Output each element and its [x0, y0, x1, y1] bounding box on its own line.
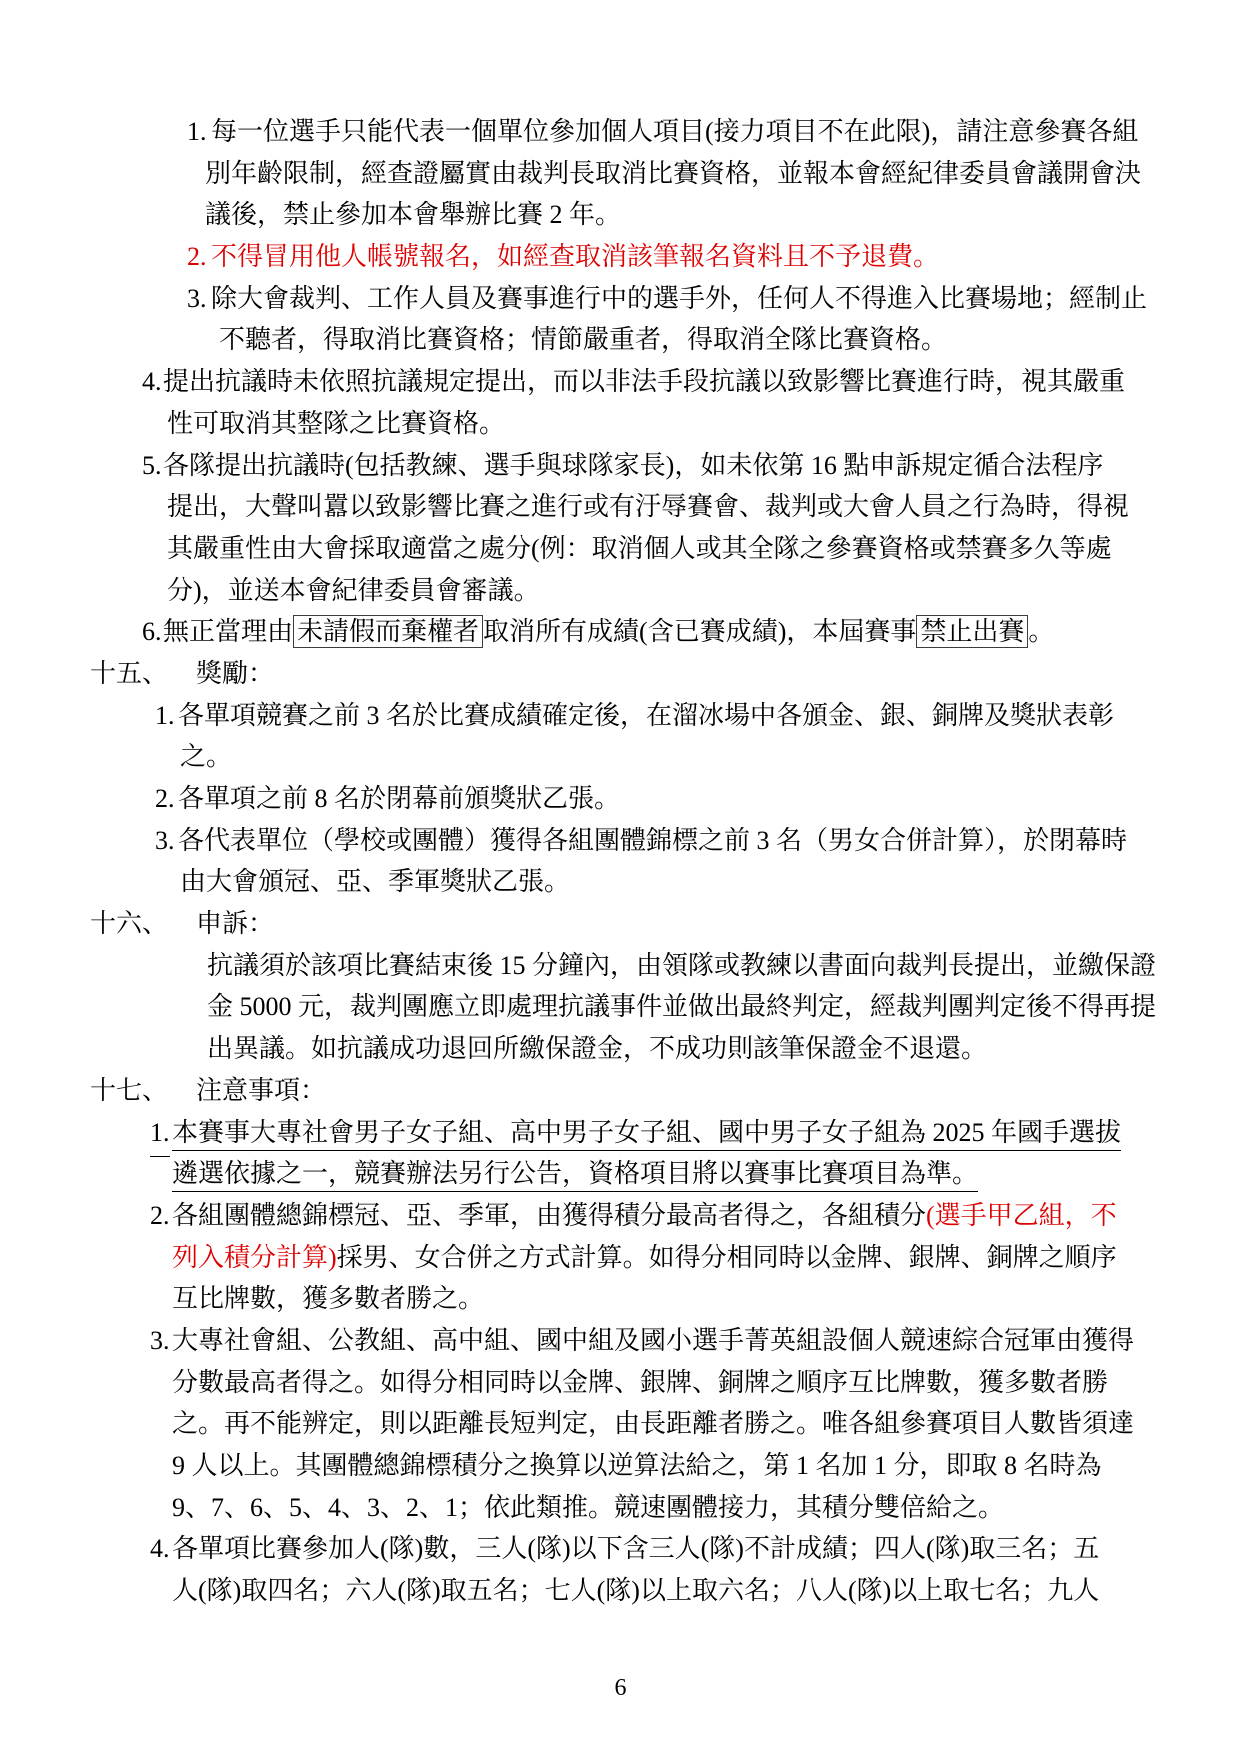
- doc-line: 其嚴重性由大會採取適當之處分(例：取消個人或其全隊之參賽資格或禁賽多久等處: [0, 528, 1241, 570]
- section-title: 申訴：: [196, 903, 274, 945]
- text-segment: 大專社會組、公教組、高中組、國中組及國小選手菁英組設個人競速綜合冠軍由獲得: [172, 1326, 1134, 1355]
- paragraph-text: 金 5000 元，裁判團應立即處理抗議事件並做出最終判定，經裁判團判定後不得再提: [207, 986, 1156, 1028]
- text-segment: 議後，禁止參加本會舉辦比賽 2 年。: [205, 200, 621, 229]
- text-segment: 除大會裁判、工作人員及賽事進行中的選手外，任何人不得進入比賽場地；經制止: [211, 284, 1147, 313]
- doc-line: 3.大專社會組、公教組、高中組、國中組及國小選手菁英組設個人競速綜合冠軍由獲得: [0, 1320, 1241, 1362]
- doc-line: 6.無正當理由未請假而棄權者取消所有成績(含已賽成績)，本屆賽事禁止出賽。: [0, 611, 1241, 653]
- item-text: 其嚴重性由大會採取適當之處分(例：取消個人或其全隊之參賽資格或禁賽多久等處: [167, 528, 1112, 570]
- item-text: 各單項之前 8 名於閉幕前頒獎狀乙張。: [178, 778, 620, 820]
- text-segment-red: 不得冒用他人帳號報名，如經查取消該筆報名資料且不予退費。: [211, 242, 939, 271]
- item-number: 1.: [187, 111, 207, 153]
- doc-line: 1.各單項競賽之前 3 名於比賽成績確定後，在溜冰場中各頒金、銀、銅牌及獎狀表彰: [0, 695, 1241, 737]
- doc-line: 2.各組團體總錦標冠、亞、季軍，由獲得積分最高者得之，各組積分(選手甲乙組，不: [0, 1195, 1241, 1237]
- doc-line: 出異議。如抗議成功退回所繳保證金，不成功則該筆保證金不退還。: [0, 1028, 1241, 1070]
- doc-line: 人(隊)取四名；六人(隊)取五名；七人(隊)以上取六名；八人(隊)以上取七名；九…: [0, 1570, 1241, 1612]
- doc-line: 2.不得冒用他人帳號報名，如經查取消該筆報名資料且不予退費。: [0, 236, 1241, 278]
- item-text: 各單項比賽參加人(隊)數，三人(隊)以下含三人(隊)不計成績；四人(隊)取三名；…: [172, 1528, 1099, 1570]
- text-segment: 之。再不能辨定，則以距離長短判定，由長距離者勝之。唯各組參賽項目人數皆須達: [172, 1409, 1134, 1438]
- item-text: 分數最高者得之。如得分相同時以金牌、銀牌、銅牌之順序互比牌數，獲多數者勝: [172, 1362, 1108, 1404]
- item-text: 本賽事大專社會男子女子組、高中男子女子組、國中男子女子組為 2025 年國手選拔: [172, 1112, 1121, 1154]
- underlined-text: 本賽事大專社會男子女子組、高中男子女子組、國中男子女子組為 2025 年國手選拔: [172, 1118, 1121, 1151]
- doc-line: 4.提出抗議時未依照抗議規定提出，而以非法手段抗議以致影響比賽進行時，視其嚴重: [0, 361, 1241, 403]
- text-segment-red: 列入積分計算): [172, 1243, 337, 1272]
- item-number: 1.: [150, 1112, 170, 1158]
- doc-line: 由大會頒冠、亞、季軍獎狀乙張。: [0, 861, 1241, 903]
- item-text: 9、7、6、5、4、3、2、1；依此類推。競速團體接力，其積分雙倍給之。: [172, 1487, 1004, 1529]
- section-number: 十六、: [90, 903, 168, 945]
- text-segment: 由大會頒冠、亞、季軍獎狀乙張。: [180, 867, 570, 896]
- paragraph-text: 抗議須於該項比賽結束後 15 分鐘內，由領隊或教練以書面向裁判長提出，並繳保證: [207, 945, 1156, 987]
- doc-line: 十七、注意事項：: [0, 1070, 1241, 1112]
- text-segment: 出異議。如抗議成功退回所繳保證金，不成功則該筆保證金不退還。: [207, 1034, 987, 1063]
- item-number: 3.: [150, 1320, 170, 1362]
- doc-line: 遴選依據之一，競賽辦法另行公告，資格項目將以賽事比賽項目為準。: [0, 1153, 1241, 1195]
- doc-line: 1.本賽事大專社會男子女子組、高中男子女子組、國中男子女子組為 2025 年國手…: [0, 1112, 1241, 1154]
- item-text: 不得冒用他人帳號報名，如經查取消該筆報名資料且不予退費。: [211, 236, 939, 278]
- section-number: 十五、: [90, 653, 168, 695]
- text-segment: 提出，大聲叫囂以致影響比賽之進行或有汙辱賽會、裁判或大會人員之行為時，得視: [167, 492, 1129, 521]
- doc-line: 性可取消其整隊之比賽資格。: [0, 403, 1241, 445]
- item-number: 3.: [155, 820, 175, 862]
- text-segment: 各代表單位（學校或團體）獲得各組團體錦標之前 3 名（男女合併計算），於閉幕時: [178, 826, 1127, 855]
- text-segment: 其嚴重性由大會採取適當之處分(例：取消個人或其全隊之參賽資格或禁賽多久等處: [167, 534, 1112, 563]
- doc-line: 之。再不能辨定，則以距離長短判定，由長距離者勝之。唯各組參賽項目人數皆須達: [0, 1403, 1241, 1445]
- text-segment: 提出抗議時未依照抗議規定提出，而以非法手段抗議以致影響比賽進行時，視其嚴重: [163, 367, 1125, 396]
- doc-line: 5.各隊提出抗議時(包括教練、選手與球隊家長)，如未依第 16 點申訴規定循合法…: [0, 445, 1241, 487]
- item-text: 提出抗議時未依照抗議規定提出，而以非法手段抗議以致影響比賽進行時，視其嚴重: [163, 361, 1125, 403]
- text-segment: 不聽者，得取消比賽資格；情節嚴重者，得取消全隊比賽資格。: [219, 325, 947, 354]
- boxed-text: 未請假而棄權者: [293, 615, 483, 648]
- item-number: 3.: [187, 278, 207, 320]
- item-text: 之。: [180, 736, 232, 778]
- item-number: 4.: [142, 361, 162, 403]
- doc-line: 金 5000 元，裁判團應立即處理抗議事件並做出最終判定，經裁判團判定後不得再提: [0, 986, 1241, 1028]
- text-segment: 互比牌數，獲多數者勝之。: [172, 1284, 484, 1313]
- doc-line: 2.各單項之前 8 名於閉幕前頒獎狀乙張。: [0, 778, 1241, 820]
- text-segment: 每一位選手只能代表一個單位參加個人項目(接力項目不在此限)，請注意參賽各組: [211, 117, 1138, 146]
- text-segment: 別年齡限制，經查證屬實由裁判長取消比賽資格，並報本會經紀律委員會議開會決: [205, 159, 1141, 188]
- item-number: 4.: [150, 1528, 170, 1570]
- doc-line: 十六、申訴：: [0, 903, 1241, 945]
- section-title: 獎勵：: [196, 653, 274, 695]
- text-segment: 取消所有成績(含已賽成績)，本屆賽事: [483, 617, 916, 646]
- text-segment: 9、7、6、5、4、3、2、1；依此類推。競速團體接力，其積分雙倍給之。: [172, 1493, 1004, 1522]
- doc-line: 3.除大會裁判、工作人員及賽事進行中的選手外，任何人不得進入比賽場地；經制止: [0, 278, 1241, 320]
- item-text: 人(隊)取四名；六人(隊)取五名；七人(隊)以上取六名；八人(隊)以上取七名；九…: [172, 1570, 1099, 1612]
- item-text: 性可取消其整隊之比賽資格。: [167, 403, 505, 445]
- item-text: 各代表單位（學校或團體）獲得各組團體錦標之前 3 名（男女合併計算），於閉幕時: [178, 820, 1127, 862]
- item-text: 各隊提出抗議時(包括教練、選手與球隊家長)，如未依第 16 點申訴規定循合法程序: [163, 445, 1103, 487]
- item-text: 各組團體總錦標冠、亞、季軍，由獲得積分最高者得之，各組積分(選手甲乙組，不: [172, 1195, 1117, 1237]
- doc-line: 列入積分計算)採男、女合併之方式計算。如得分相同時以金牌、銀牌、銅牌之順序: [0, 1237, 1241, 1279]
- item-text: 除大會裁判、工作人員及賽事進行中的選手外，任何人不得進入比賽場地；經制止: [211, 278, 1147, 320]
- boxed-text: 禁止出賽: [916, 615, 1028, 648]
- text-segment: 性可取消其整隊之比賽資格。: [167, 409, 505, 438]
- item-text: 大專社會組、公教組、高中組、國中組及國小選手菁英組設個人競速綜合冠軍由獲得: [172, 1320, 1134, 1362]
- item-number: 2.: [155, 778, 175, 820]
- item-number: 2.: [187, 236, 207, 278]
- item-text: 無正當理由未請假而棄權者取消所有成績(含已賽成績)，本屆賽事禁止出賽。: [163, 611, 1054, 653]
- document-page: 1.每一位選手只能代表一個單位參加個人項目(接力項目不在此限)，請注意參賽各組別…: [0, 0, 1241, 1755]
- text-segment: 各單項比賽參加人(隊)數，三人(隊)以下含三人(隊)不計成績；四人(隊)取三名；…: [172, 1534, 1099, 1563]
- doc-line: 互比牌數，獲多數者勝之。: [0, 1278, 1241, 1320]
- doc-line: 抗議須於該項比賽結束後 15 分鐘內，由領隊或教練以書面向裁判長提出，並繳保證: [0, 945, 1241, 987]
- item-number: 5.: [142, 445, 162, 487]
- item-text: 議後，禁止參加本會舉辦比賽 2 年。: [205, 194, 621, 236]
- doc-line: 3.各代表單位（學校或團體）獲得各組團體錦標之前 3 名（男女合併計算），於閉幕…: [0, 820, 1241, 862]
- section-title: 注意事項：: [196, 1070, 326, 1112]
- text-segment: 各隊提出抗議時(包括教練、選手與球隊家長)，如未依第 16 點申訴規定循合法程序: [163, 451, 1103, 480]
- text-segment-red: (選手甲乙組，不: [926, 1201, 1117, 1230]
- item-text: 9 人以上。其團體總錦標積分之換算以逆算法給之，第 1 名加 1 分，即取 8 …: [172, 1445, 1102, 1487]
- doc-line: 提出，大聲叫囂以致影響比賽之進行或有汙辱賽會、裁判或大會人員之行為時，得視: [0, 486, 1241, 528]
- text-segment: 採男、女合併之方式計算。如得分相同時以金牌、銀牌、銅牌之順序: [337, 1243, 1117, 1272]
- item-text: 列入積分計算)採男、女合併之方式計算。如得分相同時以金牌、銀牌、銅牌之順序: [172, 1237, 1117, 1279]
- item-text: 遴選依據之一，競賽辦法另行公告，資格項目將以賽事比賽項目為準。: [172, 1153, 978, 1195]
- doc-line: 9 人以上。其團體總錦標積分之換算以逆算法給之，第 1 名加 1 分，即取 8 …: [0, 1445, 1241, 1487]
- page-number: 6: [0, 1673, 1241, 1703]
- paragraph-text: 出異議。如抗議成功退回所繳保證金，不成功則該筆保證金不退還。: [207, 1028, 987, 1070]
- text-segment: 。: [1028, 617, 1054, 646]
- doc-line: 分)，並送本會紀律委員會審議。: [0, 570, 1241, 612]
- item-text: 由大會頒冠、亞、季軍獎狀乙張。: [180, 861, 570, 903]
- text-segment: 各單項之前 8 名於閉幕前頒獎狀乙張。: [178, 784, 620, 813]
- text-segment: 抗議須於該項比賽結束後 15 分鐘內，由領隊或教練以書面向裁判長提出，並繳保證: [207, 951, 1156, 980]
- text-segment: 金 5000 元，裁判團應立即處理抗議事件並做出最終判定，經裁判團判定後不得再提: [207, 992, 1156, 1021]
- doc-line: 十五、獎勵：: [0, 653, 1241, 695]
- text-segment: 各單項競賽之前 3 名於比賽成績確定後，在溜冰場中各頒金、銀、銅牌及獎狀表彰: [178, 701, 1114, 730]
- text-segment: 無正當理由: [163, 617, 293, 646]
- doc-line: 分數最高者得之。如得分相同時以金牌、銀牌、銅牌之順序互比牌數，獲多數者勝: [0, 1362, 1241, 1404]
- doc-line: 1.每一位選手只能代表一個單位參加個人項目(接力項目不在此限)，請注意參賽各組: [0, 111, 1241, 153]
- item-text: 每一位選手只能代表一個單位參加個人項目(接力項目不在此限)，請注意參賽各組: [211, 111, 1138, 153]
- doc-line: 4.各單項比賽參加人(隊)數，三人(隊)以下含三人(隊)不計成績；四人(隊)取三…: [0, 1528, 1241, 1570]
- text-segment: 分數最高者得之。如得分相同時以金牌、銀牌、銅牌之順序互比牌數，獲多數者勝: [172, 1368, 1108, 1397]
- text-segment: 之。: [180, 742, 232, 771]
- item-text: 提出，大聲叫囂以致影響比賽之進行或有汙辱賽會、裁判或大會人員之行為時，得視: [167, 486, 1129, 528]
- doc-line: 不聽者，得取消比賽資格；情節嚴重者，得取消全隊比賽資格。: [0, 319, 1241, 361]
- text-segment: 人(隊)取四名；六人(隊)取五名；七人(隊)以上取六名；八人(隊)以上取七名；九…: [172, 1576, 1099, 1605]
- item-text: 不聽者，得取消比賽資格；情節嚴重者，得取消全隊比賽資格。: [219, 319, 947, 361]
- item-number: 1.: [155, 695, 175, 737]
- document-body: 1.每一位選手只能代表一個單位參加個人項目(接力項目不在此限)，請注意參賽各組別…: [0, 111, 1241, 1612]
- underlined-text: 遴選依據之一，競賽辦法另行公告，資格項目將以賽事比賽項目為準。: [172, 1159, 978, 1192]
- text-segment: 各組團體總錦標冠、亞、季軍，由獲得積分最高者得之，各組積分: [172, 1201, 926, 1230]
- doc-line: 9、7、6、5、4、3、2、1；依此類推。競速團體接力，其積分雙倍給之。: [0, 1487, 1241, 1529]
- item-text: 之。再不能辨定，則以距離長短判定，由長距離者勝之。唯各組參賽項目人數皆須達: [172, 1403, 1134, 1445]
- doc-line: 別年齡限制，經查證屬實由裁判長取消比賽資格，並報本會經紀律委員會議開會決: [0, 153, 1241, 195]
- item-text: 各單項競賽之前 3 名於比賽成績確定後，在溜冰場中各頒金、銀、銅牌及獎狀表彰: [178, 695, 1114, 737]
- section-number: 十七、: [90, 1070, 168, 1112]
- item-number: 6.: [142, 611, 162, 653]
- text-segment: 9 人以上。其團體總錦標積分之換算以逆算法給之，第 1 名加 1 分，即取 8 …: [172, 1451, 1102, 1480]
- doc-line: 之。: [0, 736, 1241, 778]
- item-number: 2.: [150, 1195, 170, 1237]
- item-text: 別年齡限制，經查證屬實由裁判長取消比賽資格，並報本會經紀律委員會議開會決: [205, 153, 1141, 195]
- text-segment: 分)，並送本會紀律委員會審議。: [167, 576, 540, 605]
- item-text: 互比牌數，獲多數者勝之。: [172, 1278, 484, 1320]
- item-text: 分)，並送本會紀律委員會審議。: [167, 570, 540, 612]
- doc-line: 議後，禁止參加本會舉辦比賽 2 年。: [0, 194, 1241, 236]
